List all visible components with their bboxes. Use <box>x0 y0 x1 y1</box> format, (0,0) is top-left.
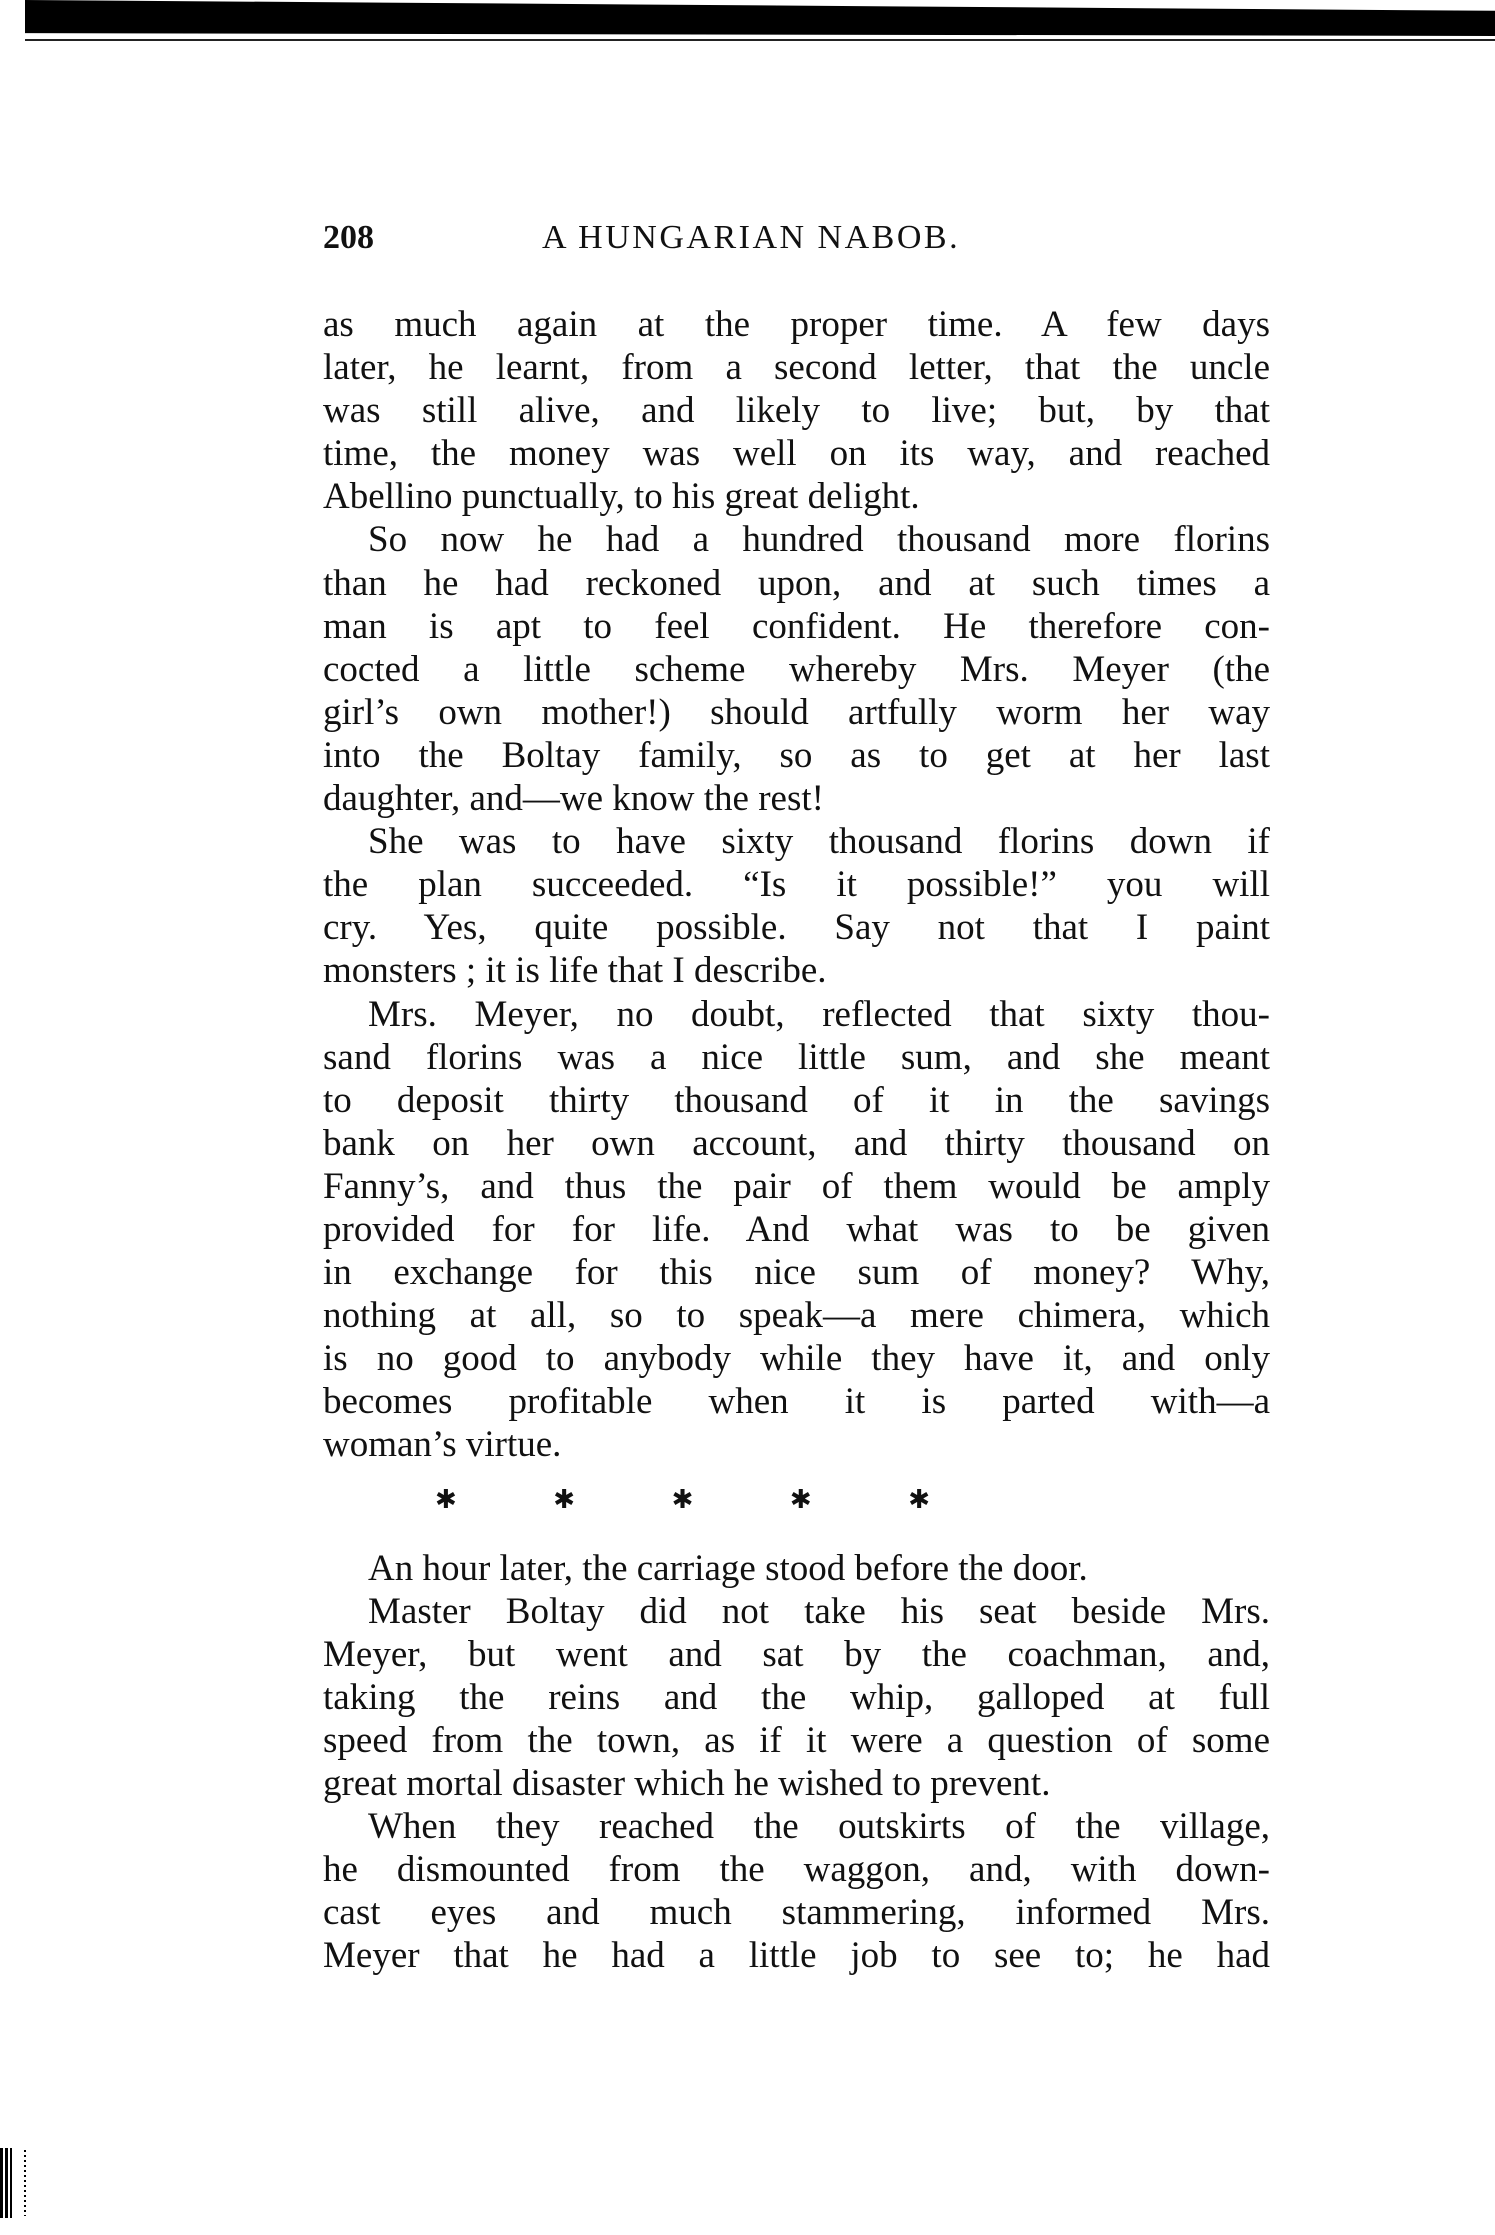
text-line: When they reached the outskirts of the v… <box>323 1805 1270 1848</box>
text-line: nothing at all, so to speak—a mere chime… <box>323 1294 1270 1337</box>
text-line: great mortal disaster which he wished to… <box>323 1762 1270 1805</box>
section-1: as much again at the proper time. A few … <box>323 303 1270 1467</box>
text-line: An hour later, the carriage stood before… <box>323 1547 1270 1590</box>
text-line: man is apt to feel confident. He therefo… <box>323 605 1270 648</box>
text-line: the plan succeeded. “Is it possible!” yo… <box>323 863 1270 906</box>
text-line: cast eyes and much stammering, informed … <box>323 1891 1270 1934</box>
text-line: monsters ; it is life that I describe. <box>323 949 1270 992</box>
page-body: as much again at the proper time. A few … <box>323 303 1270 1977</box>
text-line: Fanny’s, and thus the pair of them would… <box>323 1165 1270 1208</box>
section-2: An hour later, the carriage stood before… <box>323 1547 1270 1978</box>
text-line: is no good to anybody while they have it… <box>323 1337 1270 1380</box>
text-line: than he had reckoned upon, and at such t… <box>323 562 1270 605</box>
text-line: woman’s virtue. <box>323 1423 1270 1466</box>
asterisk-ornament-icon: ✱ <box>790 1478 812 1521</box>
running-head: 208 A HUNGARIAN NABOB. <box>323 218 1270 258</box>
text-line: girl’s own mother!) should artfully worm… <box>323 691 1270 734</box>
text-line: time, the money was well on its way, and… <box>323 432 1270 475</box>
text-line: he dismounted from the waggon, and, with… <box>323 1848 1270 1891</box>
asterisk-ornament-icon: ✱ <box>908 1478 930 1521</box>
asterisk-ornament-icon: ✱ <box>435 1478 457 1521</box>
text-line: speed from the town, as if it were a que… <box>323 1719 1270 1762</box>
text-line: taking the reins and the whip, galloped … <box>323 1676 1270 1719</box>
scan-border-bar <box>25 0 1495 36</box>
text-line: She was to have sixty thousand florins d… <box>323 820 1270 863</box>
text-line: Master Boltay did not take his seat besi… <box>323 1590 1270 1633</box>
text-line: Abellino punctually, to his great deligh… <box>323 475 1270 518</box>
scan-margin-marks <box>0 2148 12 2218</box>
text-line: later, he learnt, from a second letter, … <box>323 346 1270 389</box>
text-line: provided for for life. And what was to b… <box>323 1208 1270 1251</box>
text-line: to deposit thirty thousand of it in the … <box>323 1079 1270 1122</box>
text-line: was still alive, and likely to live; but… <box>323 389 1270 432</box>
text-line: So now he had a hundred thousand more fl… <box>323 518 1270 561</box>
text-line: becomes profitable when it is parted wit… <box>323 1380 1270 1423</box>
section-break-ornament: ✱✱✱✱✱ <box>435 1467 930 1533</box>
text-line: sand florins was a nice little sum, and … <box>323 1036 1270 1079</box>
text-line: Meyer that he had a little job to see to… <box>323 1934 1270 1977</box>
text-line: in exchange for this nice sum of money? … <box>323 1251 1270 1294</box>
page-number: 208 <box>323 218 374 258</box>
scan-border-line <box>25 39 1495 41</box>
text-line: daughter, and—we know the rest! <box>323 777 1270 820</box>
text-line: cry. Yes, quite possible. Say not that I… <box>323 906 1270 949</box>
text-line: cocted a little scheme whereby Mrs. Meye… <box>323 648 1270 691</box>
asterisk-ornament-icon: ✱ <box>553 1478 575 1521</box>
text-line: bank on her own account, and thirty thou… <box>323 1122 1270 1165</box>
text-line: as much again at the proper time. A few … <box>323 303 1270 346</box>
text-line: Meyer, but went and sat by the coachman,… <box>323 1633 1270 1676</box>
running-title: A HUNGARIAN NABOB. <box>542 218 960 258</box>
text-line: into the Boltay family, so as to get at … <box>323 734 1270 777</box>
scan-margin-dots <box>24 2150 26 2216</box>
text-line: Mrs. Meyer, no doubt, reflected that six… <box>323 993 1270 1036</box>
asterisk-ornament-icon: ✱ <box>672 1478 694 1521</box>
